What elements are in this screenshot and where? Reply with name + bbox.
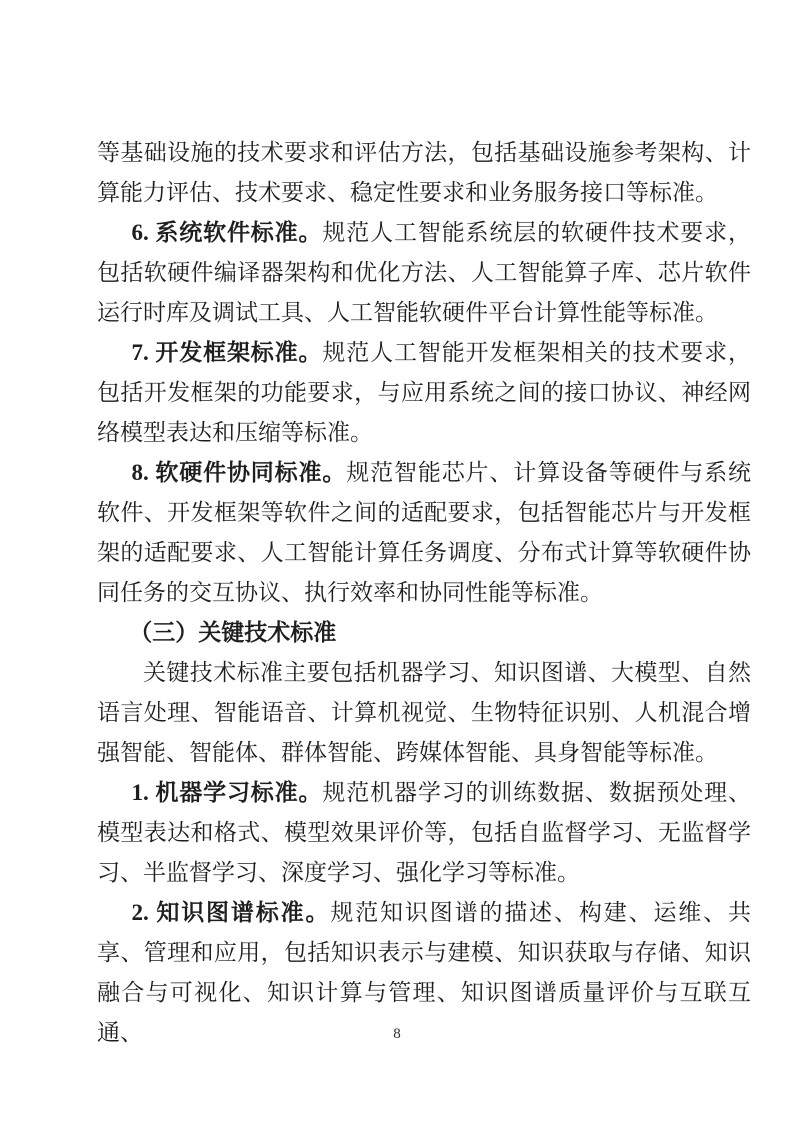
paragraph: 8. 软硬件协同标准。规范智能芯片、计算设备等硬件与系统软件、开发框架等软件之间… — [97, 453, 751, 613]
paragraph: 1. 机器学习标准。规范机器学习的训练数据、数据预处理、模型表达和格式、模型效果… — [97, 773, 751, 893]
paragraph-text: 等基础设施的技术要求和评估方法，包括基础设施参考架构、计算能力评估、技术要求、稳… — [97, 140, 751, 205]
page-number: 8 — [0, 1022, 794, 1046]
paragraph-lead: 6. 系统软件标准。 — [132, 220, 323, 245]
page-content: 等基础设施的技术要求和评估方法，包括基础设施参考架构、计算能力评估、技术要求、稳… — [97, 133, 751, 1053]
paragraph-lead: 7. 开发框架标准。 — [132, 340, 323, 365]
paragraph: 关键技术标准主要包括机器学习、知识图谱、大模型、自然语言处理、智能语音、计算机视… — [97, 653, 751, 773]
section-heading: （三）关键技术标准 — [97, 613, 751, 653]
paragraph-text: 关键技术标准主要包括机器学习、知识图谱、大模型、自然语言处理、智能语音、计算机视… — [97, 660, 751, 765]
document-page: 等基础设施的技术要求和评估方法，包括基础设施参考架构、计算能力评估、技术要求、稳… — [0, 0, 794, 1123]
paragraph: 7. 开发框架标准。规范人工智能开发框架相关的技术要求，包括开发框架的功能要求，… — [97, 333, 751, 453]
paragraph: 等基础设施的技术要求和评估方法，包括基础设施参考架构、计算能力评估、技术要求、稳… — [97, 133, 751, 213]
paragraph-lead: 8. 软硬件协同标准。 — [132, 460, 347, 485]
paragraph: 6. 系统软件标准。规范人工智能系统层的软硬件技术要求，包括软硬件编译器架构和优… — [97, 213, 751, 333]
paragraph-lead: 1. 机器学习标准。 — [132, 780, 323, 805]
paragraph-lead: 2. 知识图谱标准。 — [132, 900, 331, 925]
section-heading-text: （三）关键技术标准 — [129, 620, 336, 645]
